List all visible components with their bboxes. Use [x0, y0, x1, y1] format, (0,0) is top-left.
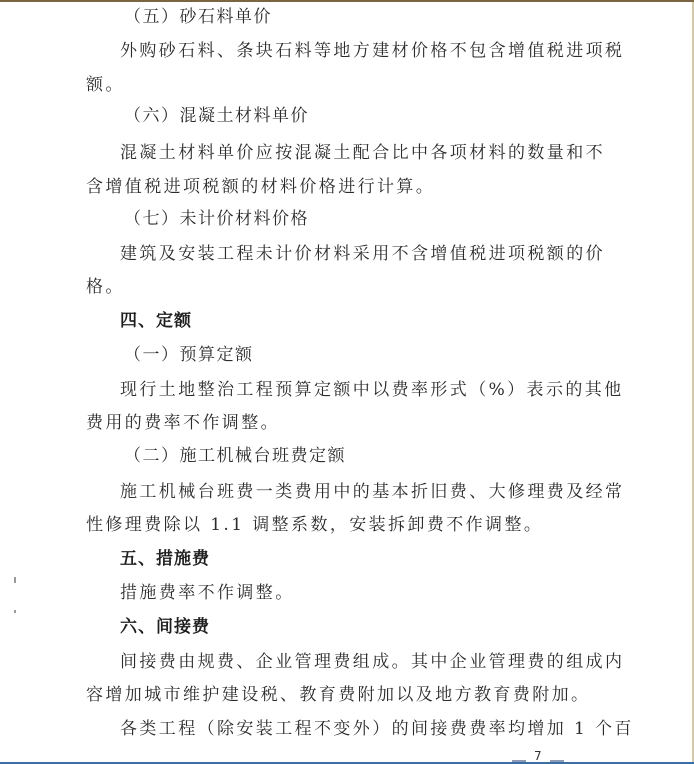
- section-heading-quota: 四、定额: [120, 311, 192, 331]
- subheading-concrete-price: （六）混凝土材料单价: [124, 106, 309, 126]
- paragraph-line: 各类工程（除安装工程不变外）的间接费费率均增加 1 个百: [120, 719, 634, 739]
- subheading-unpriced-material: （七）未计价材料价格: [124, 209, 309, 229]
- paragraph-line: 混凝土材料单价应按混凝土配合比中各项材料的数量和不: [120, 143, 605, 163]
- page-top-border: [0, 0, 694, 2]
- paragraph-line: 费用的费率不作调整。: [86, 413, 280, 433]
- scan-artifact-mark: [14, 610, 16, 613]
- paragraph-line: 施工机械台班费一类费用中的基本折旧费、大修理费及经常: [120, 482, 624, 502]
- section-heading-indirect-fee: 六、间接费: [120, 617, 210, 637]
- scan-artifact-mark: [14, 577, 16, 583]
- page-number: 7: [534, 750, 542, 762]
- paragraph-line: 格。: [86, 277, 125, 297]
- subheading-machinery-quota: （二）施工机械台班费定额: [124, 446, 346, 466]
- subheading-sand-stone-price: （五）砂石料单价: [124, 7, 272, 27]
- paragraph-line: 额。: [86, 75, 125, 95]
- paragraph-line: 现行土地整治工程预算定额中以费率形式（%）表示的其他: [120, 380, 624, 400]
- paragraph-line: 容增加城市维护建设税、教育费附加以及地方教育费附加。: [86, 685, 590, 705]
- document-page: （五）砂石料单价 外购砂石料、条块石料等地方建材价格不包含增值税进项税 额。 （…: [0, 0, 694, 764]
- section-heading-measures-fee: 五、措施费: [120, 549, 210, 569]
- paragraph-line: 外购砂石料、条块石料等地方建材价格不包含增值税进项税: [120, 41, 624, 61]
- paragraph-line: 含增值税进项税额的材料价格进行计算。: [86, 177, 435, 197]
- paragraph-line: 间接费由规费、企业管理费组成。其中企业管理费的组成内: [120, 652, 624, 672]
- paragraph-line: 措施费率不作调整。: [120, 583, 295, 603]
- paragraph-line: 建筑及安装工程未计价材料采用不含增值税进项税额的价: [120, 244, 605, 264]
- paragraph-line: 性修理费除以 1.1 调整系数，安装拆卸费不作调整。: [86, 515, 543, 535]
- subheading-budget-quota: （一）预算定额: [124, 345, 254, 365]
